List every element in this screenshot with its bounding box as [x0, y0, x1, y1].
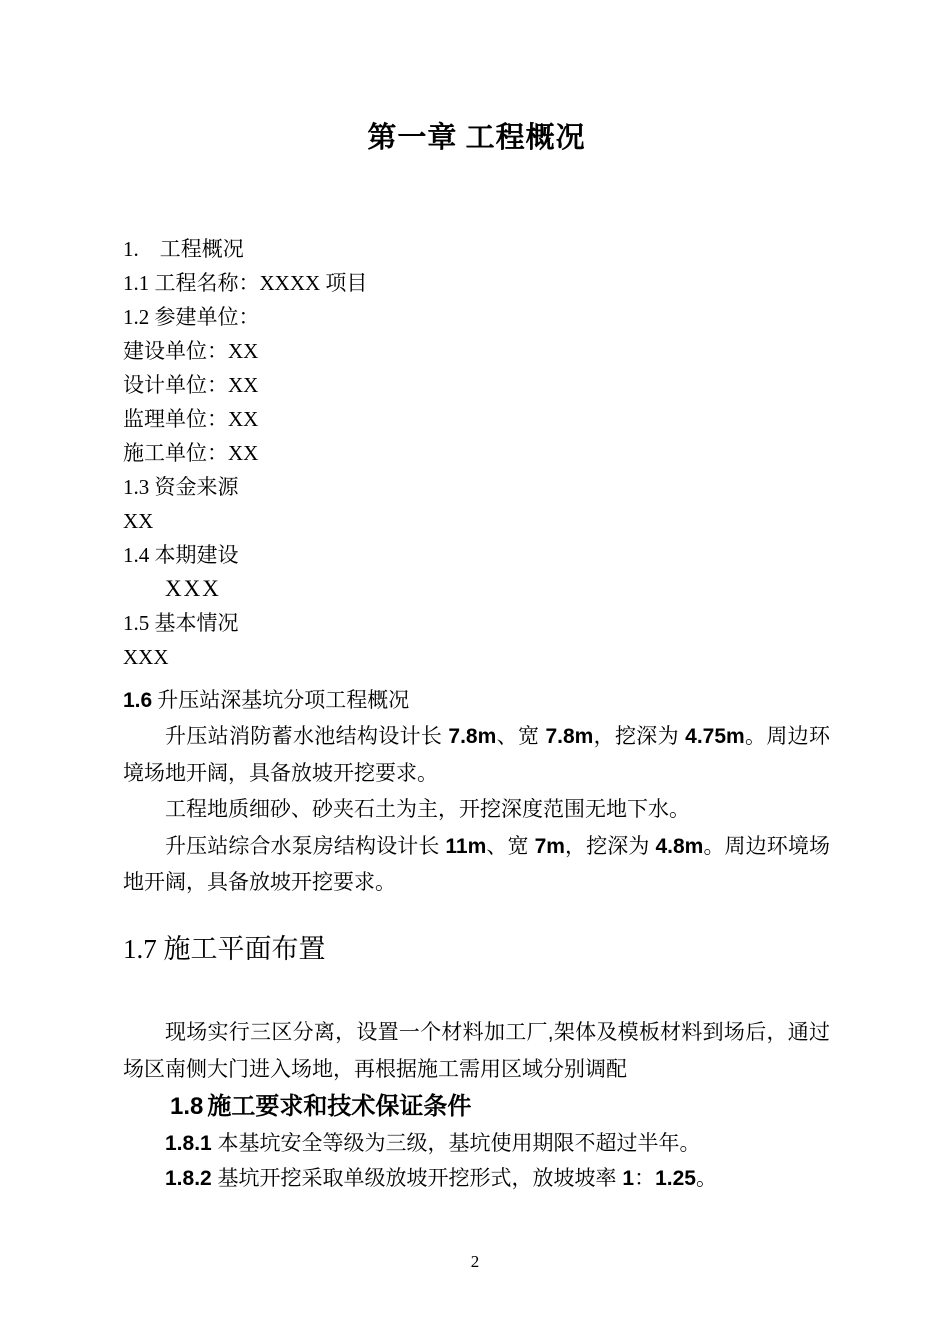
page-number: 2 [0, 1252, 950, 1272]
text-segment: 、宽 [496, 725, 545, 748]
section-1-8-item-2: 1.8.2 基坑开挖采取单级放坡开挖形式，放坡坡率 1：1.25。 [123, 1161, 830, 1196]
section-1-6-paragraph-3: 升压站综合水泵房结构设计长 11m、宽 7m，挖深为 4.8m。周边环境场地开阔… [123, 829, 830, 902]
overview-section: 1. 工程概况 1.1 工程名称：XXXX 项目 1.2 参建单位： 建设单位：… [123, 232, 830, 674]
overview-line-builder-unit: 施工单位：XX [123, 436, 830, 470]
overview-line-supervision-unit: 监理单位：XX [123, 402, 830, 436]
text-segment: 升压站消防蓄水池结构设计长 [165, 725, 448, 748]
slope-ratio-b: 1.25 [655, 1167, 696, 1190]
section-1-6-paragraph-1: 升压站消防蓄水池结构设计长 7.8m、宽 7.8m，挖深为 4.75m。周边环境… [123, 719, 830, 792]
text-segment: ，挖深为 [565, 835, 656, 858]
overview-line-1-4: 1.4 本期建设 [123, 538, 830, 572]
measurement-length: 11m [445, 835, 486, 858]
overview-line-1-1: 1.1 工程名称：XXXX 项目 [123, 266, 830, 300]
chapter-title: 第一章 工程概况 [123, 118, 830, 158]
measurement-depth: 4.75m [685, 725, 745, 748]
section-1-8: 1.8施工要求和技术保证条件 1.8.1 本基坑安全等级为三级，基坑使用期限不超… [123, 1088, 830, 1196]
section-1-6-heading-text: 升压站深基坑分项工程概况 [157, 688, 409, 712]
overview-line-basic-value: XXX [123, 640, 830, 674]
section-1-7-paragraph: 现场实行三区分离，设置一个材料加工厂,架体及模板材料到场后，通过场区南侧大门进入… [123, 1014, 830, 1088]
item-number: 1.8.2 [165, 1167, 212, 1190]
overview-line-funding-value: XX [123, 504, 830, 538]
section-1-8-item-1: 1.8.1 本基坑安全等级为三级，基坑使用期限不超过半年。 [123, 1126, 830, 1161]
measurement-width: 7.8m [545, 725, 593, 748]
measurement-depth: 4.8m [655, 835, 703, 858]
text-segment: 。 [696, 1167, 717, 1190]
item-number: 1.8.1 [165, 1132, 212, 1155]
text-segment: ，挖深为 [593, 725, 685, 748]
overview-line-phase-value: XXX [123, 572, 830, 606]
text-segment: 基坑开挖采取单级放坡开挖形式，放坡坡率 [212, 1167, 623, 1190]
section-1-6-number: 1.6 [123, 689, 152, 712]
overview-line-design-unit: 设计单位：XX [123, 368, 830, 402]
section-1-8-number: 1.8 [170, 1093, 203, 1120]
text-segment: 升压站综合水泵房结构设计长 [165, 835, 445, 858]
document-page: 第一章 工程概况 1. 工程概况 1.1 工程名称：XXXX 项目 1.2 参建… [0, 0, 950, 1344]
section-1-8-heading-text: 施工要求和技术保证条件 [207, 1093, 471, 1120]
overview-line-1-2: 1.2 参建单位： [123, 300, 830, 334]
measurement-length: 7.8m [448, 725, 496, 748]
section-1-7: 1.7 施工平面布置 现场实行三区分离，设置一个材料加工厂,架体及模板材料到场后… [123, 930, 830, 1088]
overview-line-1: 1. 工程概况 [123, 232, 830, 266]
overview-line-1-3: 1.3 资金来源 [123, 470, 830, 504]
section-1-7-heading: 1.7 施工平面布置 [123, 930, 830, 968]
section-1-8-heading: 1.8施工要求和技术保证条件 [123, 1088, 830, 1126]
overview-line-construction-unit: 建设单位：XX [123, 334, 830, 368]
document-content: 第一章 工程概况 1. 工程概况 1.1 工程名称：XXXX 项目 1.2 参建… [0, 0, 950, 1196]
section-1-6-heading: 1.6升压站深基坑分项工程概况 [123, 682, 830, 719]
text-segment: ： [634, 1167, 655, 1190]
text-segment: 、宽 [486, 835, 534, 858]
section-1-6-paragraph-2: 工程地质细砂、砂夹石土为主，开挖深度范围无地下水。 [123, 792, 830, 829]
slope-ratio-a: 1 [622, 1167, 634, 1190]
overview-line-1-5: 1.5 基本情况 [123, 606, 830, 640]
section-1-6: 1.6升压站深基坑分项工程概况 升压站消防蓄水池结构设计长 7.8m、宽 7.8… [123, 682, 830, 902]
text-segment: 本基坑安全等级为三级，基坑使用期限不超过半年。 [212, 1132, 701, 1155]
measurement-width: 7m [535, 835, 565, 858]
